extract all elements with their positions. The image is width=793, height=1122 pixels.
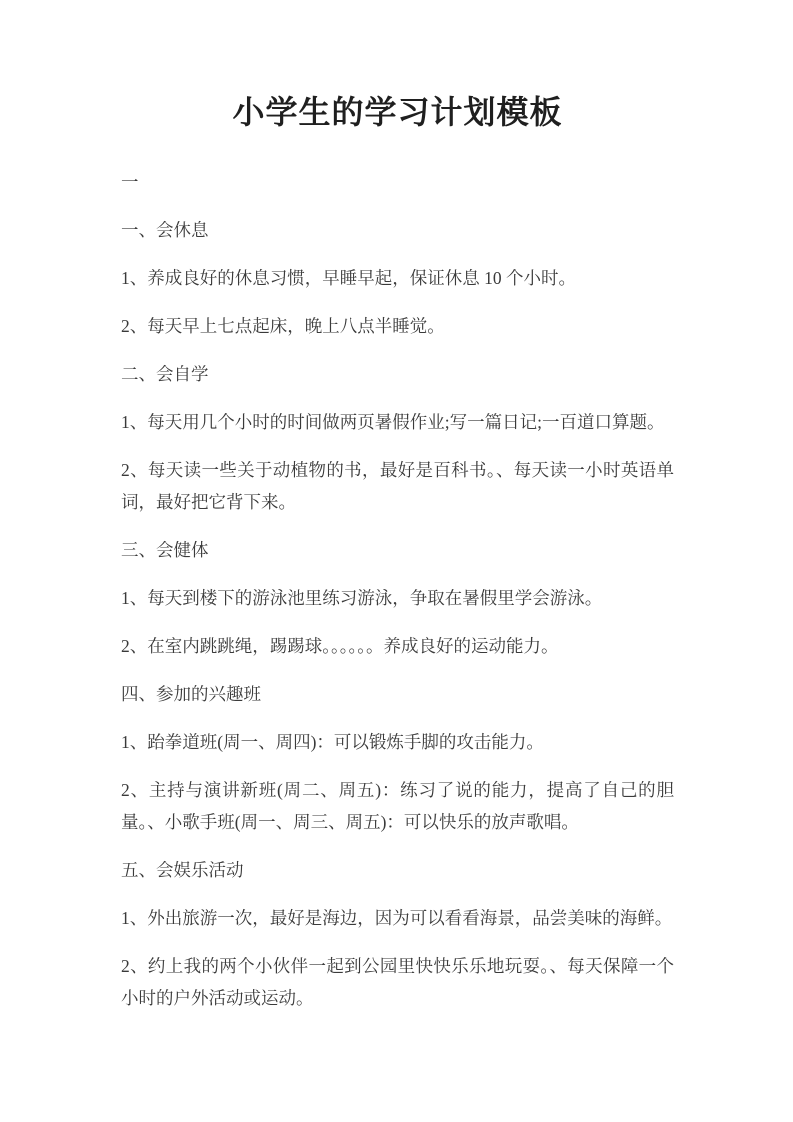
section-4-heading: 四、参加的兴趣班	[121, 678, 674, 710]
document-page: 小学生的学习计划模板 一 一、会休息 1、养成良好的休息习惯，早睡早起，保证休息…	[0, 0, 793, 1122]
document-title: 小学生的学习计划模板	[121, 88, 674, 136]
section-2-item-1: 1、每天用几个小时的时间做两页暑假作业;写一篇日记;一百道口算题。	[121, 406, 674, 438]
section-1-item-1: 1、养成良好的休息习惯，早睡早起，保证休息 10 个小时。	[121, 262, 674, 294]
section-5-item-1: 1、外出旅游一次，最好是海边，因为可以看看海景，品尝美味的海鲜。	[121, 902, 674, 934]
section-4-item-2: 2、主持与演讲新班(周二、周五)：练习了说的能力，提高了自己的胆量。、小歌手班(…	[121, 774, 674, 838]
section-1-heading: 一、会休息	[121, 214, 674, 246]
section-1-item-2: 2、每天早上七点起床，晚上八点半睡觉。	[121, 310, 674, 342]
section-5-heading: 五、会娱乐活动	[121, 854, 674, 886]
section-3-item-1: 1、每天到楼下的游泳池里练习游泳，争取在暑假里学会游泳。	[121, 582, 674, 614]
intro-marker: 一	[121, 166, 674, 198]
section-3-item-2: 2、在室内跳跳绳，踢踢球。。。。。。养成良好的运动能力。	[121, 630, 674, 662]
section-2-item-2: 2、每天读一些关于动植物的书，最好是百科书。、每天读一小时英语单词，最好把它背下…	[121, 454, 674, 518]
section-3-heading: 三、会健体	[121, 534, 674, 566]
section-4-item-1: 1、跆拳道班(周一、周四)：可以锻炼手脚的攻击能力。	[121, 726, 674, 758]
section-2-heading: 二、会自学	[121, 358, 674, 390]
section-5-item-2: 2、约上我的两个小伙伴一起到公园里快快乐乐地玩耍。、每天保障一个小时的户外活动或…	[121, 950, 674, 1014]
